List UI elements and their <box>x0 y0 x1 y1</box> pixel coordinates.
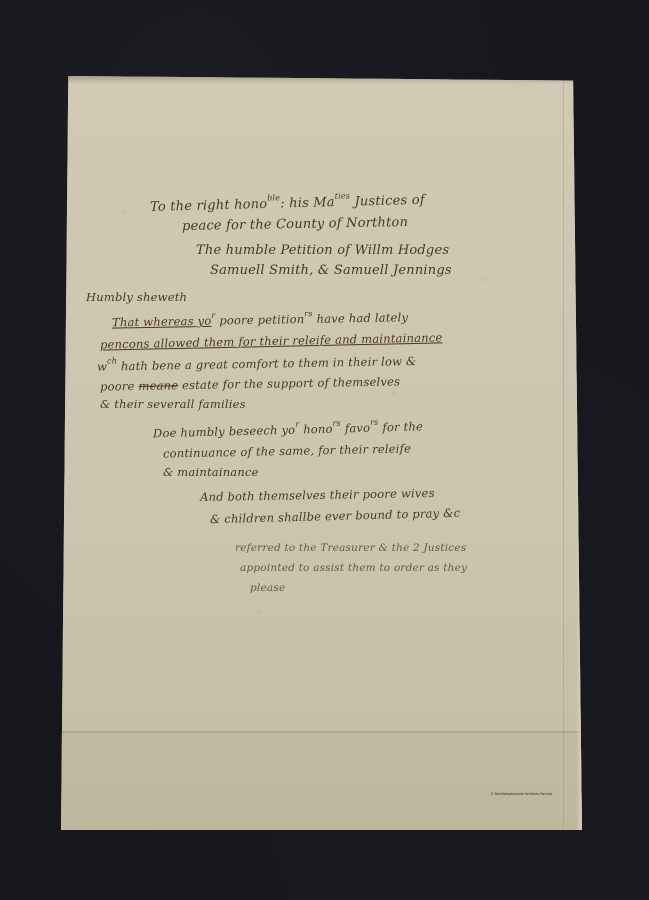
body-line-8: & maintainance <box>163 465 259 479</box>
address-text: Justices of <box>350 193 425 210</box>
body-line-5: & their severall families <box>100 397 246 411</box>
opening-line: Humbly sheweth <box>86 290 187 304</box>
petitioners-line-1: The humble Petition of Willm Hodges <box>196 243 449 258</box>
line-text: w <box>97 359 107 373</box>
endorsement-line-2: appointed to assist them to order as the… <box>240 562 467 574</box>
address-text: : his Ma <box>280 195 335 211</box>
superscript: rs <box>332 419 341 428</box>
struck-word: meane <box>138 378 178 393</box>
superscript: ch <box>107 356 117 365</box>
line-text: poore <box>100 379 139 394</box>
petitioners-line-2: Samuell Smith, & Samuell Jennings <box>210 263 452 278</box>
address-text: To the right hono <box>150 197 268 215</box>
superscript: ties <box>335 191 351 200</box>
line-text: have had lately <box>313 310 409 326</box>
line-text: & their severall families <box>100 397 246 411</box>
line-text: for the <box>378 419 423 434</box>
line-text: poore petition <box>215 312 304 328</box>
petitioner-names: Samuell Smith, & Samuell Jennings <box>210 263 452 278</box>
superscript: rs <box>370 418 379 427</box>
horizontal-fold-line <box>61 731 582 733</box>
vertical-fold-line <box>563 76 564 830</box>
endorsement-line-1: referred to the Treasurer & the 2 Justic… <box>235 542 466 554</box>
line-text: hono <box>299 422 333 437</box>
endorsement-text: appointed to assist them to order as the… <box>240 562 467 574</box>
endorsement-line-3: please <box>250 582 285 594</box>
lower-fold-panel <box>61 733 582 830</box>
line-text: That whereas yo <box>112 314 212 330</box>
endorsement-text: please <box>250 582 285 594</box>
line-text: & maintainance <box>163 465 259 479</box>
superscript: ble <box>267 193 280 202</box>
endorsement-text: referred to the Treasurer & the 2 Justic… <box>235 542 466 554</box>
superscript: r <box>295 420 299 429</box>
copyright-notice: © Northamptonshire Archives Service <box>491 792 553 796</box>
superscript: r <box>211 311 215 320</box>
superscript: rs <box>304 309 312 318</box>
opening-text: Humbly sheweth <box>86 290 187 304</box>
petition-title: The humble Petition of Willm Hodges <box>196 243 449 258</box>
line-text: favo <box>341 421 371 436</box>
